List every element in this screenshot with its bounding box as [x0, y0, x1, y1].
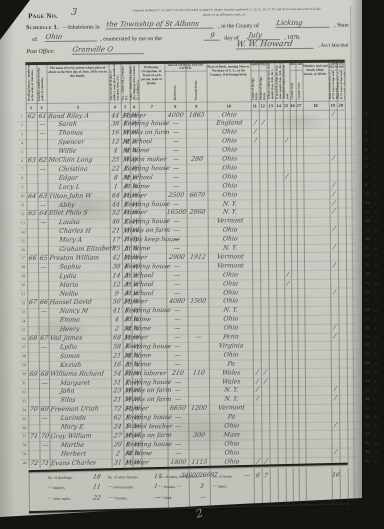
row-number-left: 19 — [19, 274, 27, 283]
col-number-13: 13 — [267, 101, 275, 112]
cell-col19: / — [328, 396, 341, 405]
cell-col2: — — [36, 380, 52, 389]
grid-vline-footer — [299, 468, 300, 509]
cell-col11: / — [248, 138, 261, 147]
edge-row-number: 34 — [365, 406, 373, 415]
edge-row-number: 32 — [365, 388, 373, 397]
col-number-19: 19 — [329, 101, 337, 112]
row-number-left: 35 — [20, 417, 28, 426]
edge-row-number: 15 — [365, 237, 373, 246]
edge-row-number: 10 — [365, 192, 373, 201]
col-header-text: Cannot read. — [291, 71, 295, 100]
footer-label: “ “ “ females, — [108, 496, 128, 500]
cell-col19: / — [327, 156, 340, 165]
row-number-left: 14 — [19, 230, 27, 239]
grid-vline-footer — [29, 470, 30, 511]
row-number-left: 20 — [19, 283, 27, 292]
footer-label: “ “ families, — [48, 486, 65, 490]
edge-row-number: 11 — [374, 202, 382, 211]
edge-row-number: 30 — [374, 371, 382, 380]
grid-vline — [282, 60, 286, 466]
grid-vline — [344, 60, 348, 466]
grid-vline — [289, 60, 293, 466]
place-value: the Township of St Albans — [106, 21, 215, 30]
edge-row-number: 25 — [365, 326, 373, 335]
marshal-signature: W. W. Howard — [236, 40, 315, 50]
col-header-text: If born within the year, state month (Ja… — [267, 62, 274, 99]
cell-col2: — — [35, 309, 51, 318]
cell-col19: / — [327, 262, 340, 271]
edge-row-number: 11 — [365, 201, 373, 210]
cell-col3: Evans Charles — [50, 460, 117, 470]
schedule-label: Schedule 1. — [26, 24, 59, 31]
footer-col12-total: 7 — [261, 473, 270, 481]
col-number-7: 7 — [139, 102, 165, 113]
col-header-text: Real Estate. — [173, 72, 177, 101]
edge-row-number: 18 — [374, 264, 382, 273]
edge-row-number: 18 — [365, 263, 373, 272]
edge-row-number: 6 — [374, 158, 382, 167]
edge-row-number: 4 — [365, 139, 373, 148]
col-header-3: The name of every person whose place of … — [47, 63, 108, 104]
edge-row-number: 2 — [365, 121, 373, 130]
edge-row-number: 28 — [374, 353, 382, 362]
edge-row-number: 8 — [365, 174, 373, 183]
cell-col10: Ohio — [207, 459, 256, 469]
edge-row-number: 24 — [374, 318, 382, 327]
cell-col3: Vail James — [49, 335, 116, 344]
edge-row-number: 6 — [365, 157, 373, 166]
row-number-left: 31 — [20, 381, 28, 390]
post-office-value: Granville O — [72, 46, 145, 55]
col-number-20: 20 — [337, 101, 345, 112]
cell-col12: / — [256, 121, 269, 130]
col-number-12: 12 — [259, 101, 267, 112]
col-header-18: Whether deaf and dumb, blind, insane, or… — [302, 62, 328, 103]
row-number-left: 13 — [19, 221, 27, 230]
cell-col12: / — [259, 459, 272, 468]
edge-row-number: 2 — [374, 122, 382, 131]
edge-row-number: 35 — [365, 415, 373, 424]
col-header-10: Place of Birth, naming State or Territor… — [207, 62, 250, 103]
cell-col3: Tilton John W — [48, 193, 115, 203]
col-header-text: Mother of foreign birth. — [259, 71, 266, 100]
grid-vline — [295, 60, 299, 466]
edge-row-number: 40 — [374, 460, 382, 469]
footer-value: 11 — [92, 484, 107, 492]
col-header-6: Color.—White (W.), Black (B.), Mulatto (… — [129, 63, 138, 102]
col-header-text: Sex.—Males (M.), Females (F.). — [122, 63, 129, 100]
col-header-1: Dwelling-houses—numbered in the order of… — [25, 64, 36, 103]
edge-row-number: 12 — [365, 210, 373, 219]
cell-col15: / — [281, 174, 293, 183]
edge-row-number: 10 — [374, 193, 382, 202]
row-number-left: 27 — [20, 345, 28, 354]
edge-row-number: 12 — [374, 211, 382, 220]
edge-row-number: 4 — [374, 140, 382, 149]
footer-value: 22 — [92, 495, 107, 503]
cell-col2: — — [36, 416, 52, 425]
row-number-left: 4 — [18, 141, 26, 150]
col-header-8: Real Estate. — [165, 72, 186, 102]
col-header-text: Color.—White (W.), Black (B.), Mulatto (… — [129, 63, 138, 100]
footer-value: 18 — [92, 474, 107, 482]
row-number-left: 39 — [21, 452, 29, 461]
col-header-text: Cannot write. — [297, 71, 301, 100]
grid-vline — [302, 60, 306, 466]
edge-row-number: 1 — [365, 112, 373, 121]
row-number-left: 32 — [20, 390, 28, 399]
col-number-18: 18 — [302, 101, 329, 112]
footer-value: — — [199, 494, 214, 502]
edge-row-number: 29 — [374, 362, 382, 371]
row-number-left: 24 — [19, 319, 27, 328]
marshal-label: , Ass't Marshal — [318, 44, 348, 49]
footer-col19-total: 16 — [331, 473, 340, 481]
cell-col3: Preston William — [48, 255, 115, 264]
edge-row-number: 31 — [365, 379, 373, 388]
grid-vline-footer — [286, 468, 287, 509]
edge-row-number: 17 — [374, 255, 382, 264]
edge-row-number: 36 — [374, 425, 382, 434]
edge-row-number: 38 — [365, 441, 373, 450]
post-office-label: Post Office: — [26, 49, 55, 55]
edge-row-number: 34 — [374, 407, 382, 416]
grid-vline-footer — [305, 468, 306, 509]
col-header-2: Families, numbered in the order of visit… — [36, 64, 47, 103]
edge-row-number: 21 — [365, 290, 373, 299]
page-no-label: Page No. — [28, 12, 58, 20]
cell-col2: — — [34, 167, 50, 176]
cell-col2: — — [34, 131, 50, 140]
footer-real-total: 54600 — [180, 473, 199, 481]
col-header-5: Sex.—Males (M.), Females (F.). — [120, 63, 129, 102]
cell-col19: / — [327, 227, 340, 236]
edge-row-number: 17 — [365, 254, 373, 263]
cell-col19: / — [326, 111, 339, 120]
edge-row-number: 16 — [374, 247, 382, 256]
edge-row-number: 29 — [365, 361, 373, 370]
edge-row-number: 13 — [374, 220, 382, 229]
edge-row-number: 39 — [374, 451, 382, 460]
of-label: of — [32, 37, 37, 43]
enumerated-label: , enumerated by me on the — [100, 36, 162, 42]
cell-col19: / — [328, 334, 341, 343]
edge-row-number: 25 — [374, 327, 382, 336]
footer-label: No. of dwellings, — [48, 475, 73, 479]
row-number-left: 38 — [20, 443, 28, 452]
col-header-7: Profession, Occupation, or Trade of each… — [139, 63, 164, 104]
edge-row-number: 37 — [374, 433, 382, 442]
cell-col2: — — [36, 443, 52, 452]
col-header-text: Father of foreign birth. — [251, 71, 258, 100]
edge-row-number: 22 — [374, 300, 382, 309]
cell-col2: — — [35, 220, 51, 229]
col-number-14: 14 — [275, 101, 283, 112]
col-header-text: Personal Estate. — [194, 72, 198, 101]
footer-label: “ “ blind, — [159, 495, 172, 499]
schedule-inhabitants-label: —Inhabitants in — [62, 24, 100, 30]
edge-row-number: 3 — [374, 131, 382, 140]
edge-row-number: 5 — [365, 148, 373, 157]
col-header-text: Age at last birth-day. If under 1 year, … — [109, 63, 120, 100]
footer-label: “ “ females, “ “ — [159, 485, 181, 489]
row-number-left: 29 — [20, 363, 28, 372]
county-value: Licking — [276, 20, 331, 28]
col-header-text: Male Citizens of U. S. of 21 years of ag… — [329, 71, 337, 100]
edge-row-number: 37 — [365, 432, 373, 441]
grid-vline-footer — [292, 468, 293, 509]
sheet: Page No. 3 ☞ Inquiries numbered 7, 12, a… — [0, 0, 364, 517]
edge-row-number: 9 — [365, 183, 373, 192]
row-number-left: 7 — [18, 167, 26, 176]
edge-row-number: 26 — [374, 336, 382, 345]
edge-row-number: 9 — [374, 184, 382, 193]
edge-row-number: 14 — [374, 229, 382, 238]
row-number-left: 23 — [19, 310, 27, 319]
edge-row-number: 21 — [374, 291, 382, 300]
row-number-left: 15 — [19, 239, 27, 248]
grid-vline — [274, 60, 278, 466]
edge-row-number: 39 — [365, 450, 373, 459]
edge-row-number: 8 — [374, 175, 382, 184]
edge-row-number: 22 — [365, 299, 373, 308]
col-header-text: Dwelling-houses—numbered in the order of… — [27, 64, 34, 101]
edge-row-number: 16 — [365, 246, 373, 255]
footer-label: “ “ idiotic, — [213, 485, 228, 489]
edge-row-number: 20 — [365, 281, 373, 290]
col-header-12: Mother of foreign birth. — [259, 71, 267, 101]
cell-col15: / — [282, 281, 294, 290]
cell-col19: / — [327, 209, 340, 218]
col-number-11: 11 — [251, 101, 259, 112]
grid-vline-footer — [278, 468, 279, 509]
state-value: Ohio — [45, 34, 98, 42]
edge-row-number: 40 — [365, 459, 373, 468]
edge-row-number: 31 — [374, 380, 382, 389]
edge-row-number: 14 — [365, 228, 373, 237]
cell-col2: — — [36, 345, 52, 354]
row-number-left: 9 — [18, 185, 26, 194]
day-value: 9 — [204, 33, 221, 41]
cell-col15: / — [280, 138, 292, 147]
edge-row-number: 26 — [365, 335, 373, 344]
page-edge-rule — [350, 6, 355, 504]
col-header-11: Father of foreign birth. — [251, 71, 259, 101]
footer-label: No. of white females, — [108, 475, 139, 479]
col-header-17: Cannot write. — [296, 71, 303, 101]
page-no-value: 3 — [70, 9, 77, 18]
edge-row-number: 23 — [365, 308, 373, 317]
col-header-19: Male Citizens of U. S. of 21 years of ag… — [329, 71, 337, 101]
edge-row-number: 23 — [374, 309, 382, 318]
edge-row-number: 15 — [374, 238, 382, 247]
instructions-line2: merely by an affirmative mark, as /. — [102, 11, 348, 17]
edge-row-number: 7 — [365, 165, 373, 174]
cell-col19: / — [327, 245, 340, 254]
county-label: , in the County of — [218, 23, 259, 29]
row-number-left: 18 — [19, 265, 27, 274]
edge-row-number: 27 — [365, 343, 373, 352]
edge-row-number: 19 — [374, 273, 382, 282]
edge-row-number: 35 — [374, 416, 382, 425]
edge-row-number: 20 — [374, 282, 382, 291]
edge-row-number: 33 — [374, 398, 382, 407]
edge-row-number: 5 — [374, 149, 382, 158]
edge-row-number: 3 — [365, 130, 373, 139]
edge-row-number: 1 — [374, 113, 382, 122]
edge-row-number: 13 — [365, 219, 373, 228]
edge-row-number: 33 — [365, 397, 373, 406]
row-number-left: 28 — [20, 354, 28, 363]
cell-col19: / — [328, 289, 341, 298]
cell-col19: / — [329, 449, 342, 458]
col-header-20: Male Citizens of U. S. of 21 years of ag… — [337, 71, 345, 101]
col-header-text: Male Citizens of U. S. of 21 years of ag… — [337, 71, 345, 100]
edge-row-number: 32 — [374, 389, 382, 398]
census-scan-scene: Page No. 3 ☞ Inquiries numbered 7, 12, a… — [0, 0, 384, 529]
col-header-4: Age at last birth-day. If under 1 year, … — [108, 63, 120, 102]
edge-row-number: 30 — [365, 370, 373, 379]
col-header-text: If married within the year, state month … — [275, 62, 282, 99]
row-number-left: 8 — [18, 176, 26, 185]
footer-label: “ “ colored males, — [108, 485, 134, 489]
edge-row-number: 24 — [365, 317, 373, 326]
edge-row-number: 38 — [374, 442, 382, 451]
footer-label: “ “ white males, — [48, 496, 71, 500]
edge-row-number: 7 — [374, 166, 382, 175]
row-number-left: 3 — [18, 132, 26, 141]
row-number-left: 2 — [18, 123, 26, 132]
edge-row-number: 28 — [365, 352, 373, 361]
edge-row-number: 19 — [365, 272, 373, 281]
edge-row-number: 36 — [365, 424, 373, 433]
state-label: , State — [334, 22, 349, 28]
col-header-text: Families, numbered in the order of visit… — [38, 64, 45, 101]
cell-col2: — — [35, 265, 51, 274]
footer-personal-total: 26697 — [198, 473, 217, 481]
col-header-9: Personal Estate. — [186, 72, 207, 102]
edge-row-number: 27 — [374, 344, 382, 353]
cell-col19: / — [329, 423, 342, 432]
